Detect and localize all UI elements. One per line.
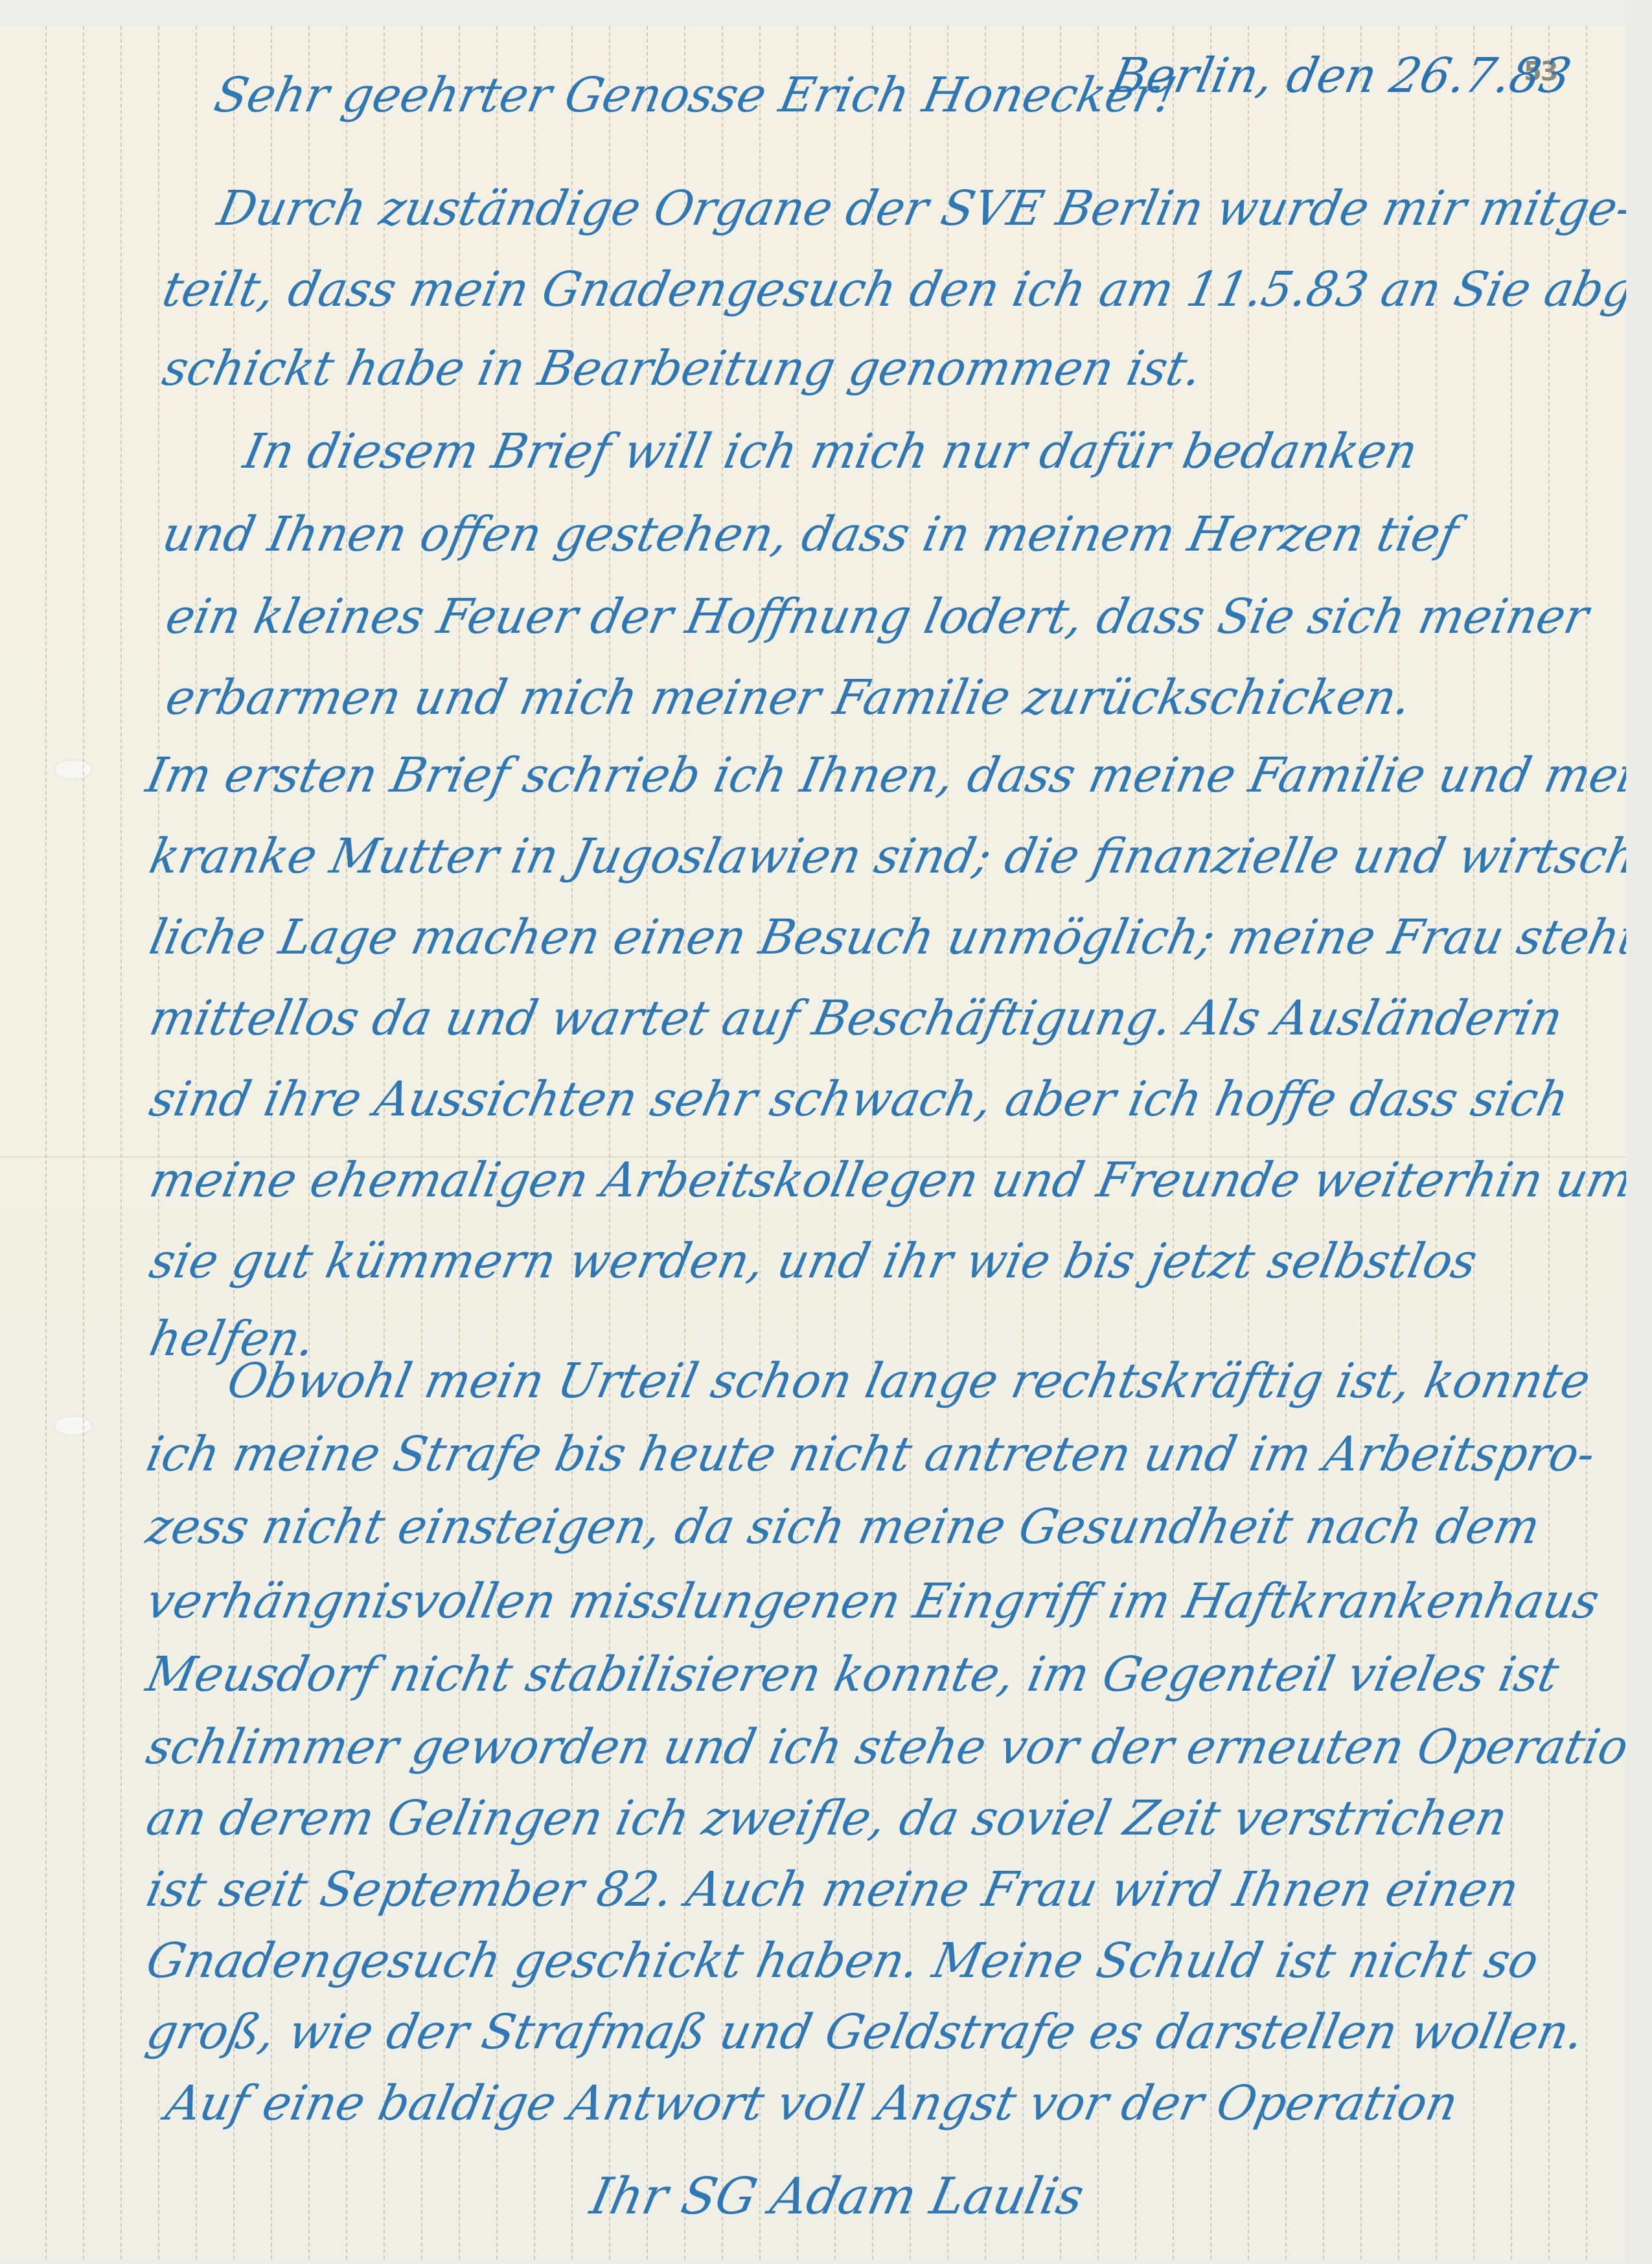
ruled-line — [1548, 26, 1550, 2259]
letter-line: kranke Mutter in Jugoslawien sind; die f… — [146, 832, 1652, 880]
letter-line: schlimmer geworden und ich stehe vor der… — [143, 1723, 1652, 1771]
ruled-line — [1323, 26, 1324, 2259]
ruled-line — [120, 26, 122, 2259]
signature: Ihr SG Adam Laulis — [586, 2171, 1088, 2222]
letter-line: groß, wie der Strafmaß und Geldstrafe es… — [143, 2008, 1588, 2056]
letter-line: Gnadengesuch geschickt haben. Meine Schu… — [143, 1937, 1543, 1985]
ruled-line — [1586, 26, 1587, 2259]
letter-line: zess nicht einsteigen, da sich meine Ges… — [143, 1503, 1544, 1551]
ruled-line — [1398, 26, 1399, 2259]
ruled-line — [1248, 26, 1249, 2259]
letter-line: sie gut kümmern werden, und ihr wie bis … — [146, 1237, 1481, 1285]
letter-line: Im ersten Brief schrieb ich Ihnen, dass … — [143, 751, 1652, 799]
letter-line: Obwohl mein Urteil schon lange rechtskrä… — [224, 1357, 1594, 1405]
ruled-line — [1436, 26, 1437, 2259]
ruled-line — [1360, 26, 1362, 2259]
letter-sheet: 53 Sehr geehrter Genosse Erich Honecker!… — [0, 26, 1626, 2259]
letter-line: schickt habe in Bearbeitung genommen ist… — [159, 345, 1206, 393]
letter-line: an derem Gelingen ich zweifle, da soviel… — [143, 1794, 1511, 1842]
letter-line: meine ehemaligen Arbeitskollegen und Fre… — [146, 1156, 1637, 1204]
letter-line: erbarmen und mich meiner Familie zurücks… — [162, 674, 1416, 722]
punch-hole-upper — [54, 760, 92, 779]
ruled-line — [1473, 26, 1474, 2259]
letter-line: In diesem Brief will ich mich nur dafür … — [240, 428, 1421, 475]
letter-line: verhängnisvollen misslungenen Eingriff i… — [143, 1577, 1603, 1625]
ruled-line — [1511, 26, 1512, 2259]
ruled-line — [1285, 26, 1287, 2259]
ruled-line — [1210, 26, 1211, 2259]
letter-line: ich meine Strafe bis heute nicht antrete… — [143, 1430, 1599, 1478]
letter-line: liche Lage machen einen Besuch unmöglich… — [146, 913, 1643, 961]
letter-line: mittellos da und wartet auf Beschäftigun… — [146, 994, 1566, 1042]
letter-line: Meusdorf nicht stabilisieren konnte, im … — [143, 1651, 1563, 1698]
letter-line: sind ihre Aussichten sehr schwach, aber … — [146, 1075, 1573, 1123]
letter-line: Durch zuständige Organe der SVE Berlin w… — [214, 185, 1638, 233]
letter-line: und Ihnen offen gestehen, dass in meinem… — [159, 510, 1462, 558]
letter-line: Auf eine baldige Antwort voll Angst vor … — [162, 2079, 1462, 2127]
salutation: Sehr geehrter Genosse Erich Honecker! — [211, 71, 1180, 119]
punch-hole-lower — [54, 1416, 92, 1435]
letter-line: teilt, dass mein Gnadengesuch den ich am… — [159, 266, 1652, 314]
scanner-edge — [1626, 0, 1652, 2264]
letter-line: ein kleines Feuer der Hoffnung lodert, d… — [162, 593, 1592, 641]
place-date: Berlin, den 26.7.83 — [1108, 52, 1575, 100]
ruled-line — [158, 26, 159, 2259]
letter-line: ist seit September 82. Auch meine Frau w… — [143, 1866, 1522, 1914]
ruled-line — [45, 26, 47, 2259]
ruled-line — [83, 26, 84, 2259]
